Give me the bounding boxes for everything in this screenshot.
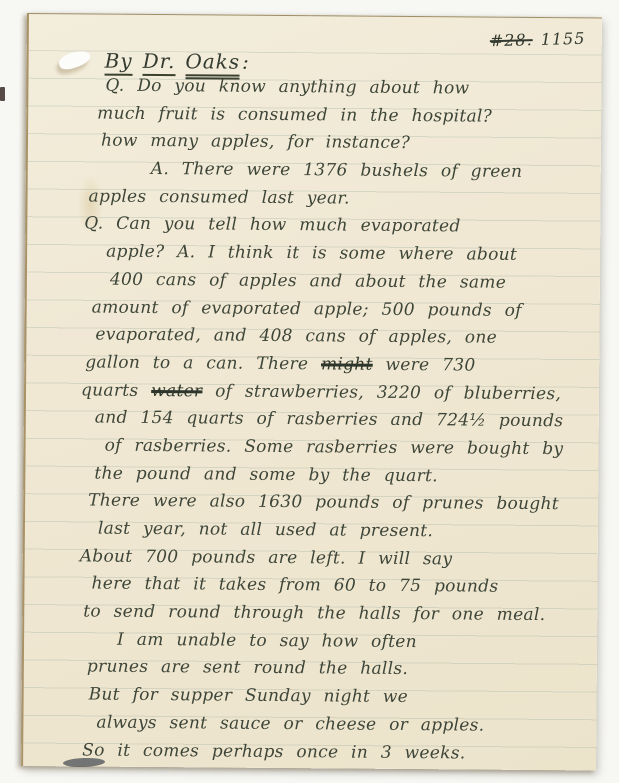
handwritten-line: Q. Can you tell how much evaporated (27, 210, 592, 242)
handwritten-line: much fruit is consumed in the hospital? (28, 100, 593, 132)
handwritten-text: much fruit is consumed in the hospital? (97, 103, 492, 126)
scanned-page: #28.1155 ByDr.Oaks: Q. Do you know anyth… (21, 13, 602, 770)
handwritten-text: here that it takes from 60 to 75 pounds (91, 574, 498, 597)
handwritten-line: A. There were 1376 bushels of green (28, 155, 593, 187)
handwritten-line: apples consumed last year. (27, 183, 592, 215)
handwritten-text: apples consumed last year. (88, 186, 349, 208)
scan-edge-artifact (0, 87, 5, 101)
handwritten-line: evaporated, and 408 cans of apples, one (26, 321, 591, 353)
handwritten-text: 400 cans of apples and about the same (110, 269, 506, 292)
handwritten-line: to send round through the halls for one … (24, 598, 589, 630)
page-header-number: #28.1155 (490, 29, 586, 51)
handwritten-text: the pound and some by the quart. (94, 463, 438, 486)
body-lines: Q. Do you know anything about howmuch fr… (23, 72, 593, 769)
handwritten-text: how many apples, for instance? (101, 131, 410, 153)
handwritten-text: were 730 (373, 355, 476, 376)
handwritten-line: quarts water of strawberries, 3220 of bl… (26, 377, 591, 409)
handwritten-text: Q. Can you tell how much evaporated (84, 214, 460, 237)
handwritten-line: always sent sauce or cheese or apples. (23, 709, 588, 741)
handwritten-text: last year, not all used at present. (98, 519, 433, 542)
handwritten-text: gallon to a can. There (85, 352, 321, 374)
handwritten-text: There were also 1630 pounds of prunes bo… (88, 491, 559, 515)
handwritten-text: Q. Do you know anything about how (105, 76, 469, 99)
paper-tear-mark (57, 48, 92, 72)
handwritten-text: of strawberries, 3220 of bluberries, (202, 381, 561, 404)
handwritten-line: 400 cans of apples and about the same (27, 266, 592, 298)
handwritten-line: But for supper Sunday night we (24, 681, 589, 713)
handwritten-text: and 154 quarts of rasberries and 724½ po… (95, 408, 564, 432)
handwritten-text: always sent sauce or cheese or apples. (96, 712, 484, 735)
handwritten-line: So it comes perhaps once in 3 weeks. (23, 736, 588, 768)
handwritten-text: About 700 pounds are left. I will say (80, 546, 453, 569)
handwritten-text: evaporated, and 408 cans of apples, one (95, 325, 497, 348)
handwritten-line: I am unable to say how often (24, 626, 589, 658)
handwritten-line: prunes are sent round the halls. (24, 653, 589, 685)
handwritten-line: About 700 pounds are left. I will say (25, 543, 590, 575)
handwritten-line: of rasberries. Some rasberries were boug… (25, 432, 590, 464)
handwritten-text: prunes are sent round the halls. (87, 657, 408, 680)
handwritten-line: There were also 1630 pounds of prunes bo… (25, 487, 590, 519)
handwritten-text: apple? A. I think it is some where about (106, 242, 517, 265)
struck-word: water (151, 381, 202, 401)
struck-document-number: #28. (490, 30, 533, 50)
handwritten-line: apple? A. I think it is some where about (27, 238, 592, 270)
handwritten-text: A. There were 1376 bushels of green (151, 159, 523, 182)
handwritten-text: So it comes perhaps once in 3 weeks. (82, 740, 465, 763)
handwritten-line: Q. Do you know anything about how (28, 72, 593, 104)
page-number: 1155 (541, 29, 586, 49)
handwritten-text: to send round through the halls for one … (83, 602, 545, 626)
handwritten-text: I am unable to say how often (117, 629, 417, 651)
handwritten-line: how many apples, for instance? (28, 127, 593, 159)
handwritten-line: and 154 quarts of rasberries and 724½ po… (26, 404, 591, 436)
handwritten-line: last year, not all used at present. (25, 515, 590, 547)
handwritten-line: here that it takes from 60 to 75 pounds (24, 570, 589, 602)
handwritten-line: gallon to a can. There might were 730 (26, 349, 591, 381)
handwritten-line: amount of evaporated apple; 500 pounds o… (27, 294, 592, 326)
byline: ByDr.Oaks: (105, 49, 250, 74)
handwritten-text: of rasberries. Some rasberries were boug… (105, 436, 564, 460)
scan-background: #28.1155 ByDr.Oaks: Q. Do you know anyth… (0, 0, 619, 783)
handwritten-text: amount of evaporated apple; 500 pounds o… (92, 297, 522, 320)
struck-word: might (321, 354, 373, 374)
handwritten-text: But for supper Sunday night we (89, 685, 409, 708)
handwritten-line: the pound and some by the quart. (25, 460, 590, 492)
handwritten-text: quarts (81, 380, 151, 401)
byline-punct: : (242, 50, 250, 74)
